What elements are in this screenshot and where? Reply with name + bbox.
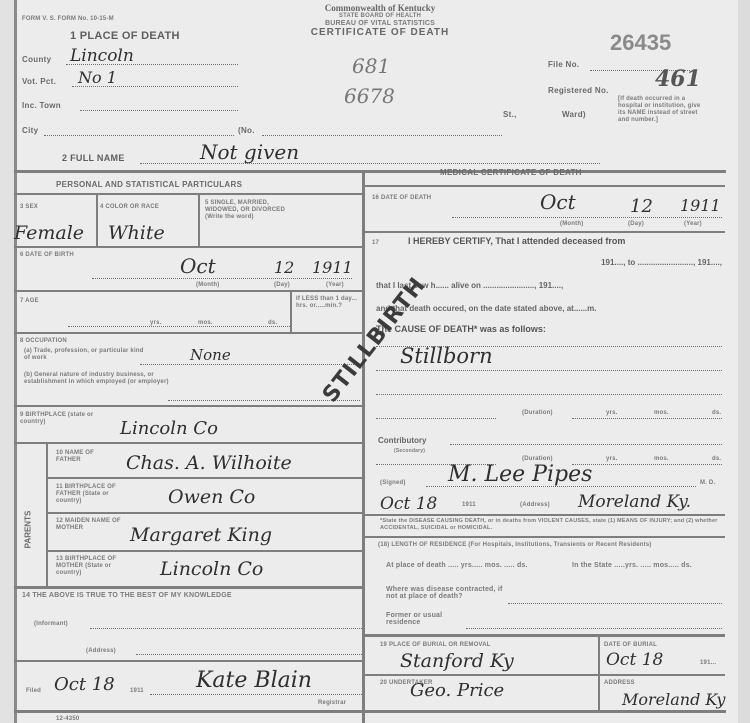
form-code: FORM V. S. FORM No. 10-15-M <box>22 16 114 23</box>
signed-date: Oct 18 <box>380 494 437 514</box>
contributory-label: Contributory <box>378 436 426 445</box>
undertaker-value: Geo. Price <box>410 680 504 701</box>
mother-name-label: 12 MAIDEN NAME OF MOTHER <box>56 518 136 532</box>
full-name-label: 2 FULL NAME <box>62 153 125 163</box>
cause-footnote: *State the DISEASE CAUSING DEATH, or in … <box>380 518 724 532</box>
full-name-value: Not given <box>200 140 299 164</box>
physician-signature: M. Lee Pipes <box>448 462 592 487</box>
city-label: City <box>22 126 38 135</box>
county-label: County <box>22 55 51 64</box>
left-margin-strip <box>0 0 17 723</box>
st-label: St., <box>503 110 517 119</box>
mother-birthplace-value: Lincoln Co <box>160 558 263 580</box>
dod-year: 1911 <box>680 196 721 215</box>
attended-dates-line: 191...., to ........................., 1… <box>376 258 722 267</box>
file-number: 26435 <box>610 30 671 56</box>
mother-name-value: Margaret King <box>130 524 272 546</box>
dod-label: 16 DATE OF DEATH <box>372 195 431 202</box>
registered-no-note: [If death occurred in a hospital or inst… <box>618 96 708 124</box>
certificate-title: CERTIFICATE OF DEATH <box>280 27 480 38</box>
father-name-label: 10 NAME OF FATHER <box>56 450 116 464</box>
secondary-label: (Secondary) <box>394 448 425 455</box>
annotation-681: 681 <box>352 54 390 78</box>
duration-mos-1: mos. <box>654 410 669 417</box>
certify-number: 17 <box>372 240 379 247</box>
dob-month: Oct <box>180 254 216 278</box>
month-caption: (Month) <box>196 282 219 289</box>
physician-address-label: (Address) <box>520 502 550 509</box>
mother-birthplace-label: 13 BIRTHPLACE OF MOTHER (State or countr… <box>56 556 136 577</box>
registered-no-label: Registered No. <box>548 86 609 95</box>
dob-year: 1911 <box>312 258 353 277</box>
registrar-label: Registrar <box>318 700 346 707</box>
year-caption: (Year) <box>326 282 344 289</box>
burial-date-value: Oct 18 <box>606 650 663 670</box>
dod-year-caption: (Year) <box>684 221 702 228</box>
color-value: White <box>108 222 165 244</box>
commonwealth-title: Commonwealth of Kentucky <box>280 3 480 13</box>
burial-place-value: Stanford Ky <box>400 650 514 672</box>
duration-ds-1: ds. <box>712 410 721 417</box>
filed-date: Oct 18 <box>54 674 115 695</box>
right-margin-strip <box>738 0 750 723</box>
county-value: Lincoln <box>70 46 134 66</box>
inc-town-label: Inc. Town <box>22 101 61 110</box>
certify-text: I HEREBY CERTIFY, That I attended deceas… <box>408 236 625 246</box>
annotation-6678: 6678 <box>344 84 395 108</box>
father-name-value: Chas. A. Wilhoite <box>126 452 292 474</box>
age-ds: ds. <box>268 320 277 327</box>
residence-at-place: At place of death ..... yrs..... mos. ..… <box>386 562 536 569</box>
file-no-label: File No. <box>548 60 579 69</box>
dod-month: Oct <box>540 190 576 214</box>
md-label: M. D. <box>700 480 715 487</box>
duration-yrs-2: yrs. <box>606 456 617 463</box>
dod-month-caption: (Month) <box>560 221 583 228</box>
no-label: (No. <box>238 126 255 135</box>
occupation-label: 8 OCCUPATION <box>20 338 67 345</box>
stillbirth-stamp: STILLBIRTH <box>318 273 431 408</box>
undertaker-address-value: Moreland Ky <box>622 690 725 709</box>
occupation-a-label: (a) Trade, profession, or particular kin… <box>24 348 144 362</box>
physician-address: Moreland Ky. <box>578 492 691 512</box>
duration-ds-2: ds. <box>712 456 721 463</box>
sex-label: 3 SEX <box>20 204 38 211</box>
former-residence-label: Former or usual residence <box>386 612 466 626</box>
color-label: 4 COLOR OR RACE <box>100 204 159 211</box>
signed-year: 1911 <box>462 502 476 509</box>
father-birthplace-label: 11 BIRTHPLACE OF FATHER (State or countr… <box>56 484 136 505</box>
burial-date-label: DATE OF BURIAL <box>604 642 657 649</box>
true-statement-label: 14 THE ABOVE IS TRUE TO THE BEST OF MY K… <box>22 592 232 599</box>
duration-yrs-1: yrs. <box>606 410 617 417</box>
dob-label: 6 DATE OF BIRTH <box>20 252 74 259</box>
bureau-title: BUREAU OF VITAL STATISTICS <box>280 20 480 27</box>
occupation-value: None <box>190 346 231 364</box>
place-of-death-label: 1 PLACE OF DEATH <box>70 30 180 42</box>
dod-day: 12 <box>630 196 653 217</box>
dob-day: 12 <box>274 258 294 277</box>
undertaker-address-label: ADDRESS <box>604 680 635 687</box>
board-title: STATE BOARD OF HEALTH <box>280 13 480 20</box>
disease-contracted-label: Where was disease contracted, if not at … <box>386 586 516 600</box>
age-label: 7 AGE <box>20 298 39 305</box>
cause-of-death-value: Stillborn <box>400 344 493 368</box>
burial-year: 191... <box>700 660 716 667</box>
registrar-signature: Kate Blain <box>196 668 312 693</box>
death-certificate: FORM V. S. FORM No. 10-15-M 1 PLACE OF D… <box>0 0 750 723</box>
birthplace-label: 9 BIRTHPLACE (state or country) <box>20 412 100 426</box>
sex-value: Female <box>14 222 84 244</box>
certificate-header: Commonwealth of Kentucky STATE BOARD OF … <box>280 3 480 38</box>
marital-label: 5 SINGLE, MARRIED, WIDOWED, OR DIVORCED … <box>205 200 285 221</box>
less-than-day: If LESS than 1 day... hrs. or.....min.? <box>296 296 362 310</box>
ward-label: Ward) <box>562 110 586 119</box>
filed-year: 1911 <box>130 688 144 695</box>
duration-mos-2: mos. <box>654 456 669 463</box>
parents-label-box: PARENTS <box>18 475 38 585</box>
registered-no-value: 461 <box>655 66 701 92</box>
day-caption: (Day) <box>274 282 290 289</box>
age-mos: mos. <box>198 320 213 327</box>
residence-in-state: In the State .....yrs. ..... mos..... ds… <box>572 562 722 569</box>
occupation-b-label: (b) General nature of industry business,… <box>24 372 174 386</box>
vot-pct-label: Vot. Pct. <box>22 77 56 86</box>
informant-address-label: (Address) <box>86 648 116 655</box>
medical-section-title: MEDICAL CERTIFICATE OF DEATH <box>440 168 582 177</box>
father-birthplace-value: Owen Co <box>168 486 255 508</box>
birthplace-value: Lincoln Co <box>120 418 218 439</box>
age-yrs: yrs. <box>150 320 161 327</box>
filed-label: Filed <box>26 688 41 695</box>
dod-day-caption: (Day) <box>628 221 644 228</box>
signed-label: (Signed) <box>380 480 406 487</box>
informant-label: (Informant) <box>34 621 68 628</box>
personal-section-title: PERSONAL AND STATISTICAL PARTICULARS <box>56 180 242 189</box>
footer-code: 12-4350 <box>56 716 79 723</box>
duration-label-1: (Duration) <box>522 410 553 417</box>
vot-pct-value: No 1 <box>78 68 117 87</box>
burial-place-label: 19 PLACE OF BURIAL OR REMOVAL <box>380 642 491 649</box>
residence-label: (18) LENGTH OF RESIDENCE (For Hospitals,… <box>378 542 722 549</box>
